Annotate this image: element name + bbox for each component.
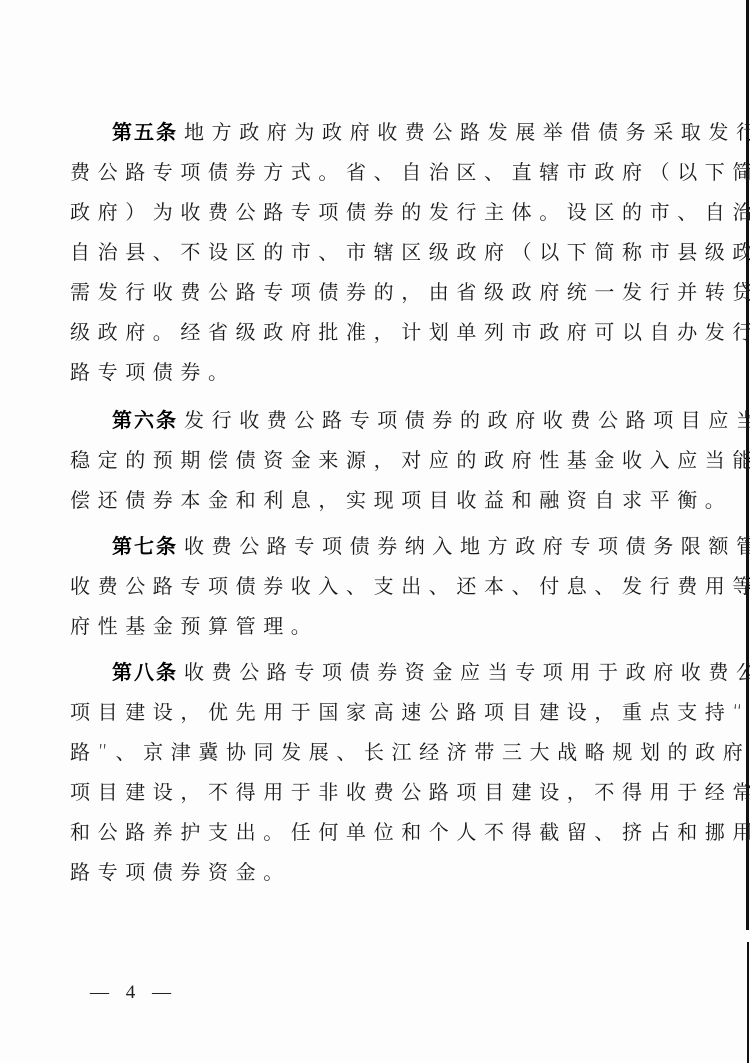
text-line: 收费公路专项债券纳入地方政府专项债务限额管理。 [184,534,750,558]
article-heading: 第七条 [112,534,178,558]
article-heading: 第六条 [112,408,178,432]
text-line: 自治县、不设区的市、市辖区级政府（以下简称市县级政府）确 [70,232,750,272]
article-heading: 第八条 [112,660,178,684]
text-line: 政府）为收费公路专项债券的发行主体。设区的市、自治州，县、 [70,192,750,232]
document-page: 第五条地方政府为政府收费公路发展举借债务采取发行收 费公路专项债券方式。省、自治… [0,0,750,1063]
text-line: 级政府。经省级政府批准，计划单列市政府可以自办发行收费公 [70,312,750,352]
text-line: 路专项债券资金。 [70,852,291,892]
article-heading: 第五条 [112,120,178,144]
text-line: 需发行收费公路专项债券的，由省级政府统一发行并转贷给市县 [70,272,750,312]
text-line: 和公路养护支出。任何单位和个人不得截留、挤占和挪用收费公 [70,812,750,852]
text-line: 项目建设，不得用于非收费公路项目建设，不得用于经常性支出 [70,772,750,812]
text-line: 收费公路专项债券收入、支出、还本、付息、发行费用等纳入政 [70,566,750,606]
text-line: 路”、京津冀协同发展、长江经济带三大战略规划的政府收费公路 [70,732,750,772]
text-line: 项目建设，优先用于国家高速公路项目建设，重点支持“一带一 [70,692,750,732]
text-line: 路专项债券。 [70,352,236,392]
article-7-line-1: 第七条收费公路专项债券纳入地方政府专项债务限额管理。 [112,526,750,566]
text-line: 费公路专项债券方式。省、自治区、直辖市政府（以下简称省级 [70,152,750,192]
text-line: 发行收费公路专项债券的政府收费公路项目应当有 [184,408,750,432]
page-number: — 4 — [90,982,177,1004]
text-line: 稳定的预期偿债资金来源，对应的政府性基金收入应当能够保障 [70,440,750,480]
text-line: 府性基金预算管理。 [70,606,318,646]
article-5-line-1: 第五条地方政府为政府收费公路发展举借债务采取发行收 [112,112,750,152]
text-line: 收费公路专项债券资金应当专项用于政府收费公路 [184,660,750,684]
article-8-line-1: 第八条收费公路专项债券资金应当专项用于政府收费公路 [112,652,750,692]
text-line: 地方政府为政府收费公路发展举借债务采取发行收 [184,120,750,144]
scan-edge-line [747,942,749,1063]
article-6-line-1: 第六条发行收费公路专项债券的政府收费公路项目应当有 [112,400,750,440]
text-line: 偿还债券本金和利息，实现项目收益和融资自求平衡。 [70,480,732,520]
